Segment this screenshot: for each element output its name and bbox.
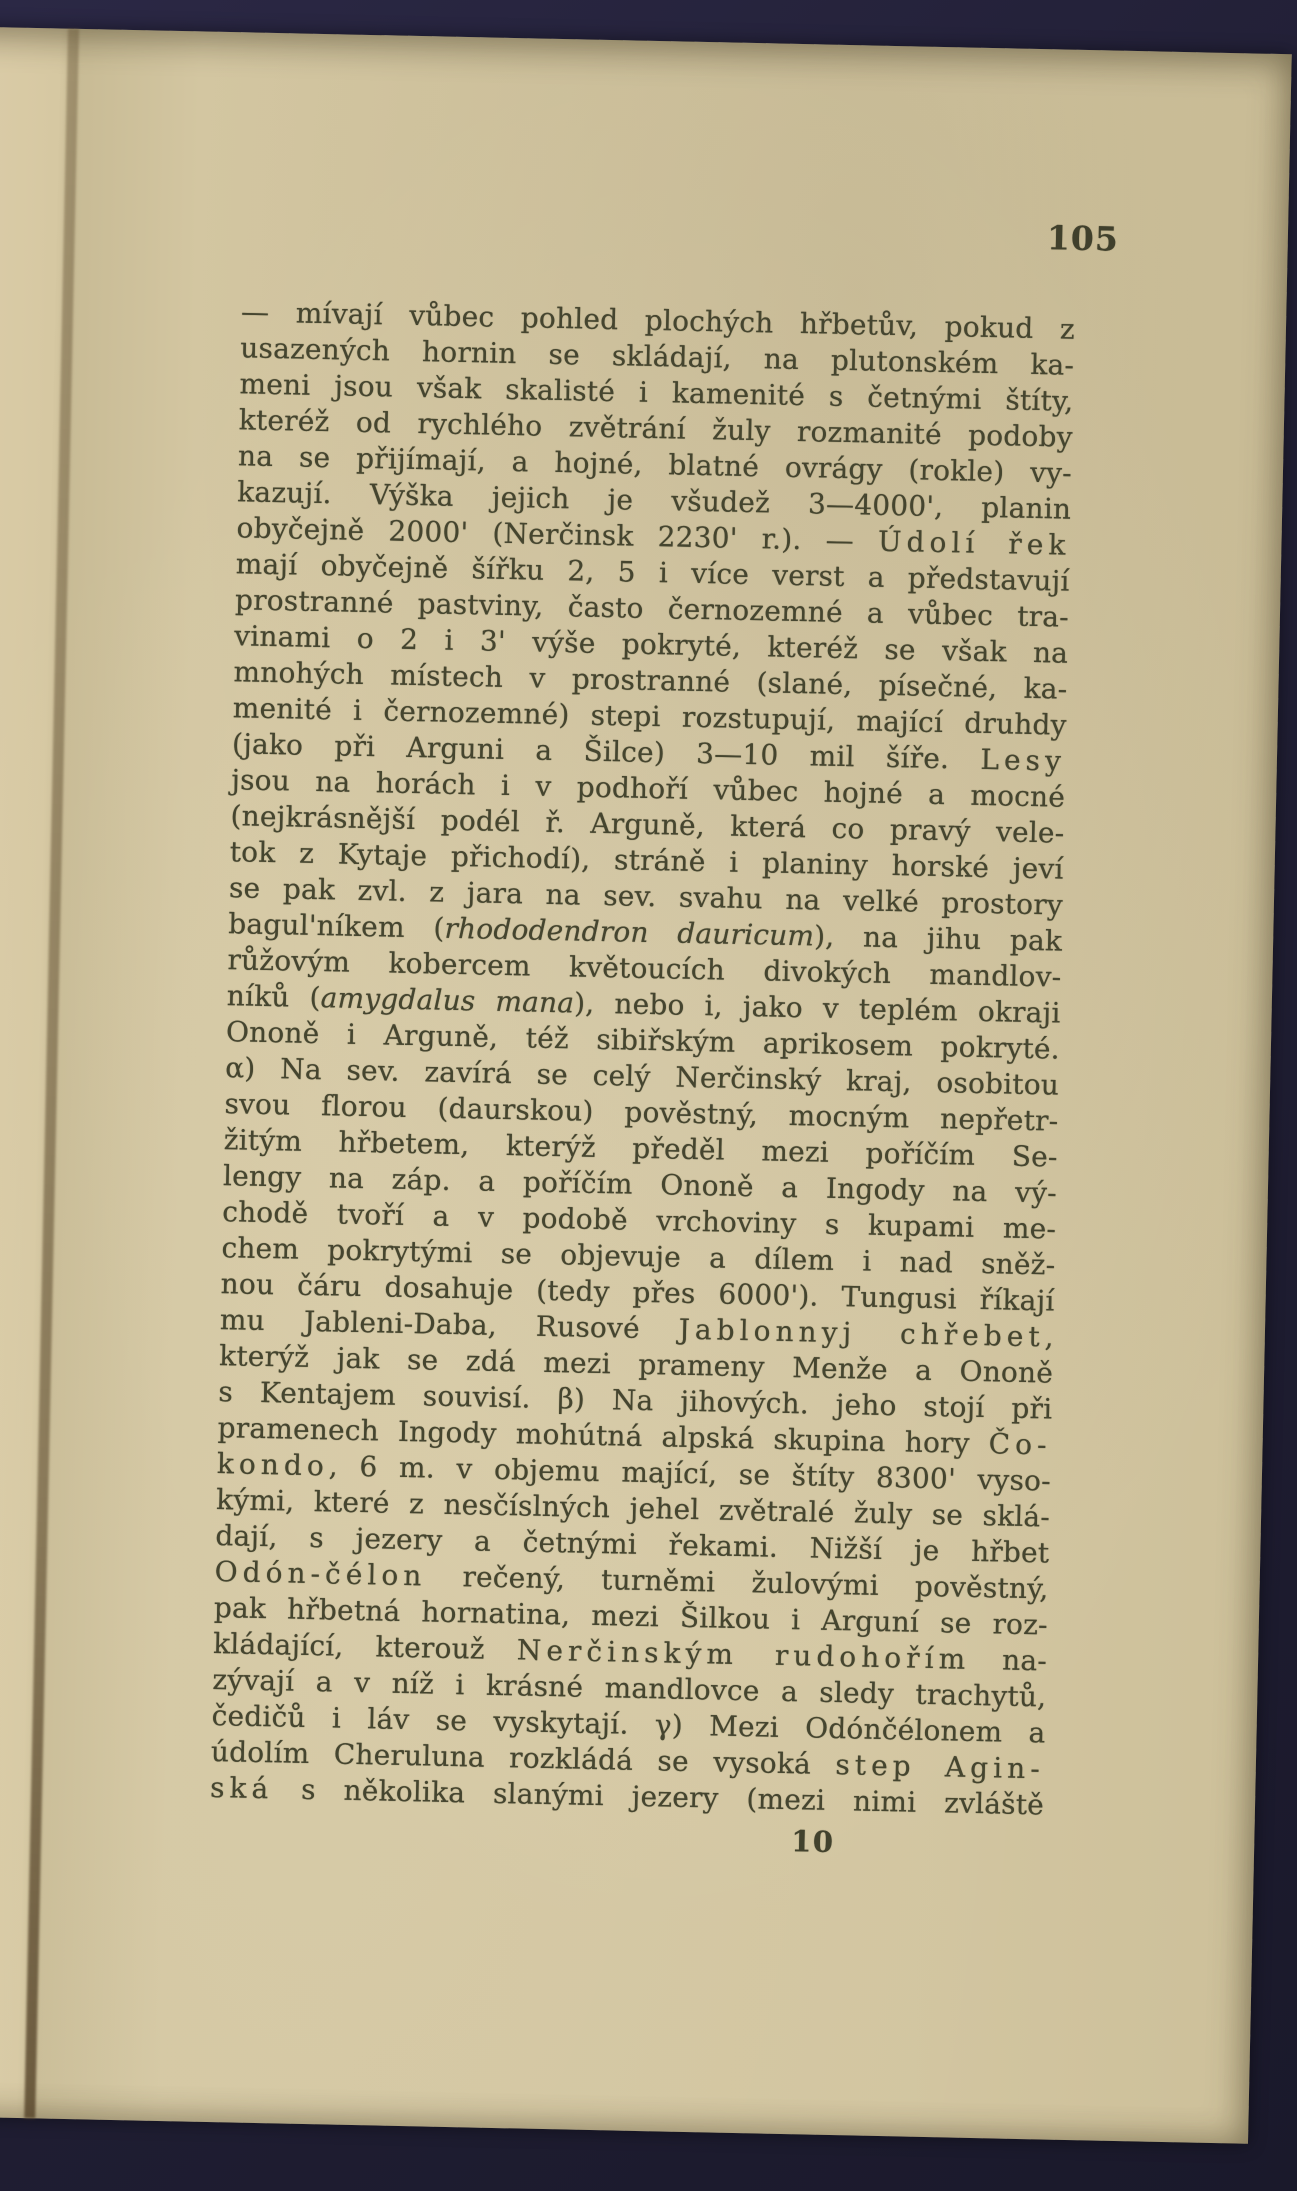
body-text: — mívají vůbec pohled plochých hřbetův, … (210, 294, 1075, 1823)
book-page: 105 — mívají vůbec pohled plochých hřbet… (0, 26, 1292, 2144)
scan-background: 105 — mívají vůbec pohled plochých hřbet… (0, 0, 1297, 2191)
text-block: 105 — mívají vůbec pohled plochých hřbet… (0, 26, 1081, 1865)
signature-number: 10 (791, 1822, 852, 1861)
page-number: 105 (243, 200, 1120, 260)
